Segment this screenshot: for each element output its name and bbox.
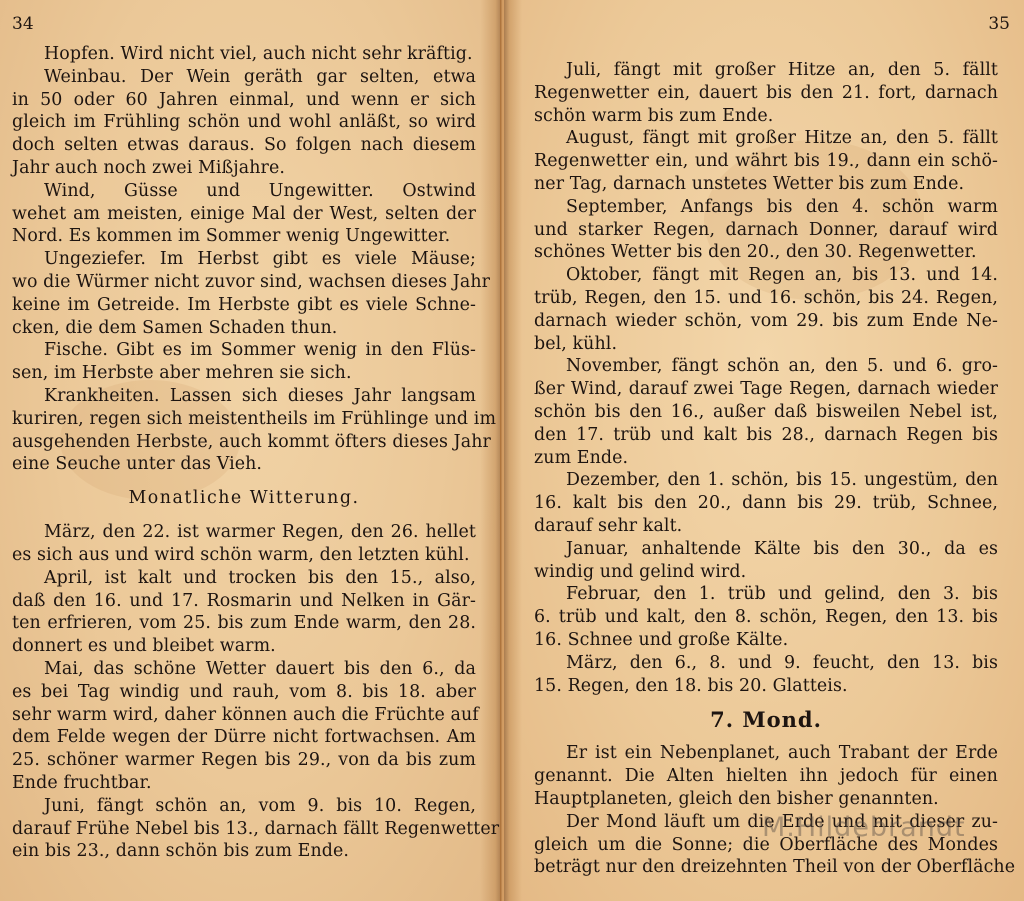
text-line: es bei Tag windig und rauh, vom 8. bis 1… [12, 681, 476, 704]
text-line: September, Anfangs bis den 4. schön warm [534, 196, 998, 219]
text-line: Er ist ein Nebenplanet, auch Trabant der… [534, 742, 998, 765]
text-line: Mai, das schöne Wetter dauert bis den 6.… [12, 658, 476, 681]
text-line: Januar, anhaltende Kälte bis den 30., da… [534, 538, 998, 561]
text-line: Fische. Gibt es im Sommer wenig in den F… [12, 339, 476, 362]
text-line: Oktober, fängt mit Regen an, bis 13. und… [534, 264, 998, 287]
text-line: beträgt nur den dreizehnten Theil von de… [534, 856, 998, 879]
text-line: April, ist kalt und trocken bis den 15.,… [12, 567, 476, 590]
text-line: Februar, den 1. trüb und gelind, den 3. … [534, 583, 998, 606]
text-line: Nord. Es kommen im Sommer wenig Ungewitt… [12, 225, 476, 248]
text-line: Jahr auch noch zwei Mißjahre. [12, 157, 476, 180]
text-line: ner Tag, darnach unstetes Wetter bis zum… [534, 173, 998, 196]
text-line: August, fängt mit großer Hitze an, den 5… [534, 127, 998, 150]
left-body-lines-after-heading: März, den 22. ist warmer Regen, den 26. … [12, 521, 476, 863]
text-line: ßer Wind, darauf zwei Tage Regen, darnac… [534, 378, 998, 401]
text-line: in 50 oder 60 Jahren einmal, und wenn er… [12, 89, 476, 112]
text-line: Juli, fängt mit großer Hitze an, den 5. … [534, 59, 998, 82]
text-line: darauf Frühe Nebel bis 13., darnach fäll… [12, 818, 476, 841]
text-line: cken, die dem Samen Schaden thun. [12, 317, 476, 340]
text-line: gleich im Frühling schön und wohl anläßt… [12, 111, 476, 134]
right-page: 35 Juli, fängt mit großer Hitze an, den … [504, 0, 1024, 901]
page-number: 35 [988, 14, 1010, 34]
right-page-text: Juli, fängt mit großer Hitze an, den 5. … [534, 59, 998, 879]
text-line: Regenwetter ein, dauert bis den 21. fort… [534, 82, 998, 105]
text-line: windig und gelind wird. [534, 561, 998, 584]
text-line: daß den 16. und 17. Rosmarin und Nelken … [12, 590, 476, 613]
text-line: Ende fruchtbar. [12, 772, 476, 795]
text-line: Hauptplaneten, gleich den bisher genannt… [534, 788, 998, 811]
page-number: 34 [12, 14, 34, 34]
right-body-lines-after-heading: Er ist ein Nebenplanet, auch Trabant der… [534, 742, 998, 879]
text-line: November, fängt schön an, den 5. und 6. … [534, 355, 998, 378]
text-line: Weinbau. Der Wein geräth gar selten, etw… [12, 66, 476, 89]
text-line: zum Ende. [534, 447, 998, 470]
text-line: wo die Würmer nicht zuvor sind, wachsen … [12, 271, 476, 294]
text-line: schön warm bis zum Ende. [534, 105, 998, 128]
gutter-shadow [504, 0, 522, 901]
text-line: kuriren, regen sich meistentheils im Frü… [12, 408, 476, 431]
text-line: ten erfrieren, vom 25. bis zum Ende warm… [12, 612, 476, 635]
text-line: darnach wieder schön, vom 29. bis zum En… [534, 310, 998, 333]
text-line: 16. kalt bis den 20., dann bis 29. trüb,… [534, 492, 998, 515]
text-line: trüb, Regen, den 15. und 16. schön, bis … [534, 287, 998, 310]
text-line: Hopfen. Wird nicht viel, auch nicht sehr… [12, 43, 476, 66]
text-line: schön bis den 16., außer daß bisweilen N… [534, 401, 998, 424]
text-line: ein bis 23., dann schön bis zum Ende. [12, 840, 476, 863]
text-line: darauf sehr kalt. [534, 515, 998, 538]
left-page: 34 Hopfen. Wird nicht viel, auch nicht s… [0, 0, 502, 901]
text-line: Krankheiten. Lassen sich dieses Jahr lan… [12, 385, 476, 408]
text-line: bel, kühl. [534, 333, 998, 356]
text-line: sen, im Herbste aber mehren sie sich. [12, 362, 476, 385]
text-line: donnert es und bleibet warm. [12, 635, 476, 658]
text-line: wehet am meisten, einige Mal der West, s… [12, 203, 476, 226]
text-line: März, den 22. ist warmer Regen, den 26. … [12, 521, 476, 544]
text-line: keine im Getreide. Im Herbste gibt es vi… [12, 294, 476, 317]
text-line: 15. Regen, den 18. bis 20. Glatteis. [534, 675, 998, 698]
text-line: März, den 6., 8. und 9. feucht, den 13. … [534, 652, 998, 675]
text-line: Ungeziefer. Im Herbst gibt es viele Mäus… [12, 248, 476, 271]
text-line: eine Seuche unter das Vieh. [12, 453, 476, 476]
text-line: genannt. Die Alten hielten ihn jedoch fü… [534, 765, 998, 788]
text-line: Juni, fängt schön an, vom 9. bis 10. Reg… [12, 795, 476, 818]
text-line: Wind, Güsse und Ungewitter. Ostwind [12, 180, 476, 203]
right-body-lines: Juli, fängt mit großer Hitze an, den 5. … [534, 59, 998, 697]
left-body-lines: Hopfen. Wird nicht viel, auch nicht sehr… [12, 43, 476, 476]
text-line: ausgehenden Herbste, auch kommt öfters d… [12, 431, 476, 454]
text-line: dem Felde wegen der Dürre nicht fortwach… [12, 726, 476, 749]
text-line: Dezember, den 1. schön, bis 15. ungestüm… [534, 469, 998, 492]
text-line: es sich aus und wird schön warm, den let… [12, 544, 476, 567]
left-page-text: Hopfen. Wird nicht viel, auch nicht sehr… [12, 43, 476, 863]
section-heading: Monatliche Witterung. [12, 476, 476, 521]
chapter-heading: 7. Mond. [534, 697, 998, 742]
watermark: M.Hildebrandt [762, 812, 966, 843]
text-line: Regenwetter ein, und währt bis 19., dann… [534, 150, 998, 173]
text-line: doch selten etwas daraus. So folgen nach… [12, 134, 476, 157]
text-line: schönes Wetter bis den 20., den 30. Rege… [534, 241, 998, 264]
text-line: 16. Schnee und große Kälte. [534, 629, 998, 652]
text-line: 25. schöner warmer Regen bis 29., von da… [12, 749, 476, 772]
text-line: sehr warm wird, daher können auch die Fr… [12, 704, 476, 727]
text-line: den 17. trüb und kalt bis 28., darnach R… [534, 424, 998, 447]
text-line: 6. trüb und kalt, den 8. schön, Regen, d… [534, 606, 998, 629]
text-line: und starker Regen, darnach Donner, darau… [534, 219, 998, 242]
